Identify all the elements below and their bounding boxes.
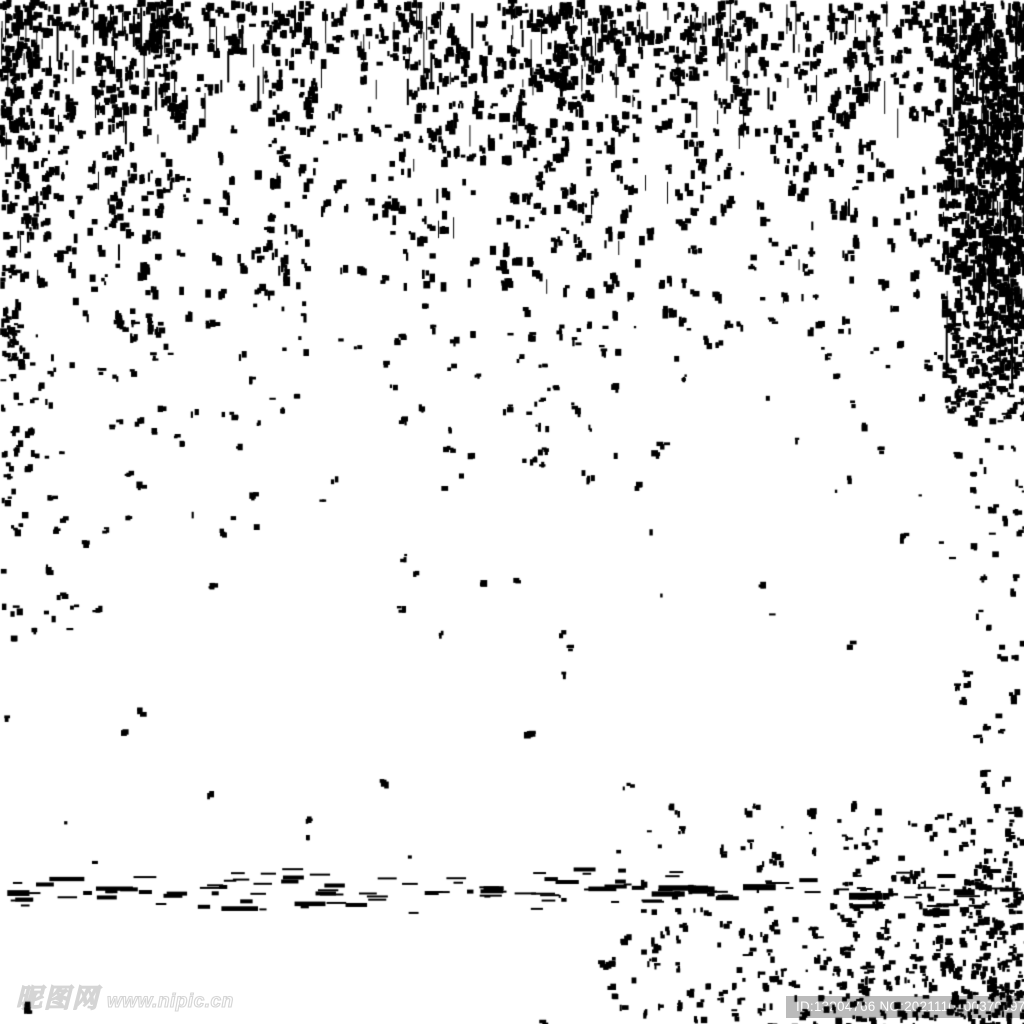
texture-image: 昵图网 www.nipic.cn ID:13204766 NO:20211101…	[0, 0, 1024, 1024]
nipic-watermark: 昵图网 www.nipic.cn	[16, 978, 234, 1015]
grunge-texture-canvas	[0, 0, 1024, 1024]
nipic-url: www.nipic.cn	[107, 991, 234, 1013]
nipic-logo-text: 昵图网	[16, 978, 100, 1015]
image-id-text: ID:13204766 NO:20211101003700971121	[796, 999, 1024, 1014]
image-id-bar: ID:13204766 NO:20211101003700971121	[786, 996, 1024, 1018]
